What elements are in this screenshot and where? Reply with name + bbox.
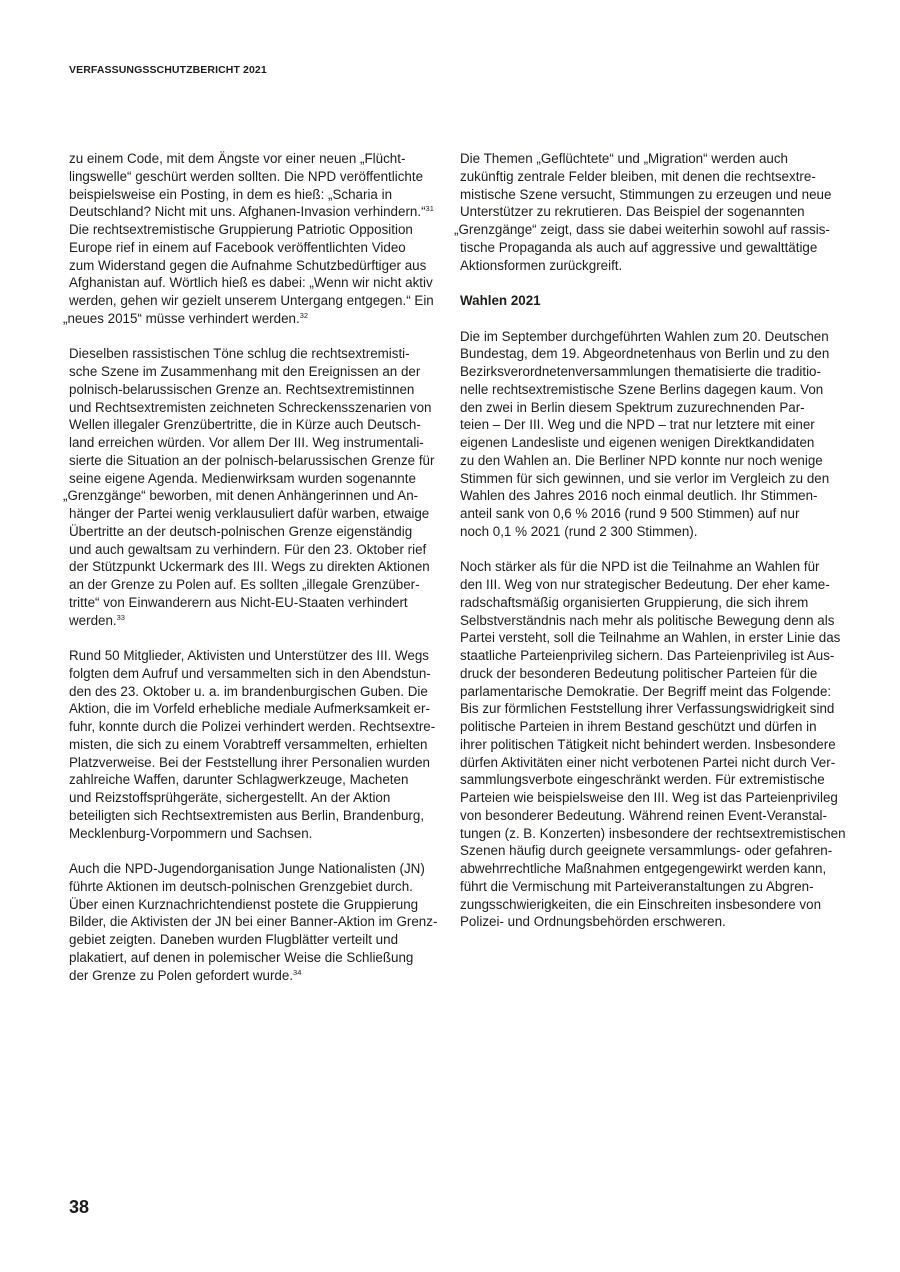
text-line: und auch gewaltsam zu verhindern. Für de… xyxy=(69,541,454,559)
text-line: sche Szene im Zusammenhang mit den Ereig… xyxy=(69,363,454,381)
text-line: zahlreiche Waffen, darunter Schlagwerkze… xyxy=(69,771,454,789)
left-column: zu einem Code, mit dem Ängste vor einer … xyxy=(69,150,454,1002)
text-line: den des 23. Oktober u. a. im brandenburg… xyxy=(69,683,454,701)
paragraph: Dieselben rassistischen Töne schlug die … xyxy=(69,345,454,629)
text-line: führt die Vermischung mit Parteiveransta… xyxy=(460,878,845,896)
paragraph: Rund 50 Mitglieder, Aktivisten und Unter… xyxy=(69,647,454,842)
text-line: Die Themen „Geflüchtete“ und „Migration“… xyxy=(460,150,845,168)
footnote-reference: 33 xyxy=(117,613,125,622)
text-line: Mecklenburg-Vorpommern und Sachsen. xyxy=(69,825,454,843)
text-line: Stimmen für sich gewinnen, und sie verlo… xyxy=(460,470,845,488)
text-line: der Grenze zu Polen gefordert wurde.34 xyxy=(69,967,454,985)
text-line: Bis zur förmlichen Feststellung ihrer Ve… xyxy=(460,700,845,718)
text-line: folgten dem Aufruf und versammelten sich… xyxy=(69,665,454,683)
text-line: tritte“ von Einwanderern aus Nicht-EU-St… xyxy=(69,594,454,612)
text-line: führte Aktionen im deutsch-polnischen Gr… xyxy=(69,878,454,896)
text-line: Wellen illegaler Grenzübertritte, die in… xyxy=(69,416,454,434)
text-line: Partei versteht, soll die Teilnahme an W… xyxy=(460,629,845,647)
paragraph: Die Themen „Geflüchtete“ und „Migration“… xyxy=(460,150,845,274)
text-line: tungen (z. B. Konzerten) insbesondere de… xyxy=(460,825,845,843)
text-line: polnisch-belarussischen Grenze an. Recht… xyxy=(69,381,454,399)
text-line: Dieselben rassistischen Töne schlug die … xyxy=(69,345,454,363)
footnote-reference: 31 xyxy=(426,204,434,213)
text-line: zu den Wahlen an. Die Berliner NPD konnt… xyxy=(460,452,845,470)
text-line: parlamentarische Demokratie. Der Begriff… xyxy=(460,683,845,701)
text-line: Wahlen des Jahres 2016 noch einmal deutl… xyxy=(460,487,845,505)
text-line: Die im September durchgeführten Wahlen z… xyxy=(460,328,845,346)
text-line: zungsschwierigkeiten, die ein Einschreit… xyxy=(460,896,845,914)
text-line: Rund 50 Mitglieder, Aktivisten und Unter… xyxy=(69,647,454,665)
text-line: ihrer politischen Tätigkeit nicht behind… xyxy=(460,736,845,754)
text-line: sammlungsverbote eingeschränkt werden. F… xyxy=(460,771,845,789)
section-heading: Wahlen 2021 xyxy=(460,292,845,310)
text-line: Über einen Kurznachrichtendienst postete… xyxy=(69,896,454,914)
text-line: den III. Weg von nur strategischer Bedeu… xyxy=(460,576,845,594)
text-line: „Grenzgänge“ zeigt, dass sie dabei weite… xyxy=(454,221,845,239)
running-header: VERFASSUNGSSCHUTZBERICHT 2021 xyxy=(69,64,267,76)
text-line: druck der besonderen Bedeutung politisch… xyxy=(460,665,845,683)
text-line: plakatiert, auf denen in polemischer Wei… xyxy=(69,949,454,967)
text-line: land erreichen würden. Vor allem Der III… xyxy=(69,434,454,452)
text-line: werden, gehen wir gezielt unserem Unterg… xyxy=(69,292,454,310)
text-line: eigenen Landesliste und eigenen wenigen … xyxy=(460,434,845,452)
text-line: von besonderer Bedeutung. Während reinen… xyxy=(460,807,845,825)
text-line: gebiet zeigten. Daneben wurden Flugblätt… xyxy=(69,931,454,949)
text-line: misten, die sich zu einem Vorabtreff ver… xyxy=(69,736,454,754)
text-line: politische Parteien in ihrem Bestand ges… xyxy=(460,718,845,736)
page-number: 38 xyxy=(69,1197,89,1218)
text-line: der Stützpunkt Uckermark des III. Wegs z… xyxy=(69,558,454,576)
text-line: Bilder, die Aktivisten der JN bei einer … xyxy=(69,913,454,931)
text-line: Aktionsformen zurückgreift. xyxy=(460,257,845,275)
text-line: Bundestag, dem 19. Abgeordnetenhaus von … xyxy=(460,345,845,363)
text-line: lingswelle“ geschürt werden sollten. Die… xyxy=(69,168,454,186)
text-line: Unterstützer zu rekrutieren. Das Beispie… xyxy=(460,203,845,221)
text-line: an der Grenze zu Polen auf. Es sollten „… xyxy=(69,576,454,594)
text-line: zu einem Code, mit dem Ängste vor einer … xyxy=(69,150,454,168)
text-line: „Grenzgänge“ beworben, mit denen Anhänge… xyxy=(63,487,454,505)
text-line: Polizei- und Ordnungsbehörden erschweren… xyxy=(460,913,845,931)
text-line: anteil sank von 0,6 % 2016 (rund 9 500 S… xyxy=(460,505,845,523)
text-line: Deutschland? Nicht mit uns. Afghanen-Inv… xyxy=(69,203,454,221)
text-line: Aktion, die im Vorfeld erhebliche medial… xyxy=(69,700,454,718)
text-line: Noch stärker als für die NPD ist die Tei… xyxy=(460,558,845,576)
text-line: tische Propaganda als auch auf aggressiv… xyxy=(460,239,845,257)
text-line: Platzverweise. Bei der Feststellung ihre… xyxy=(69,754,454,772)
text-line: und Reizstoffsprühgeräte, sichergestellt… xyxy=(69,789,454,807)
text-line: Übertritte an der deutsch-polnischen Gre… xyxy=(69,523,454,541)
text-line: zukünftig zentrale Felder bleiben, mit d… xyxy=(460,168,845,186)
text-line: noch 0,1 % 2021 (rund 2 300 Stimmen). xyxy=(460,523,845,541)
right-column: Die Themen „Geflüchtete“ und „Migration“… xyxy=(460,150,845,949)
text-line: radschaftsmäßig organisierten Gruppierun… xyxy=(460,594,845,612)
text-line: Parteien wie beispielsweise den III. Weg… xyxy=(460,789,845,807)
text-line: Bezirksverordnetenversammlungen thematis… xyxy=(460,363,845,381)
text-line: sierte die Situation an der polnisch-bel… xyxy=(69,452,454,470)
text-line: Die rechtsextremistische Gruppierung Pat… xyxy=(69,221,454,239)
text-line: seine eigene Agenda. Medienwirksam wurde… xyxy=(69,470,454,488)
footnote-reference: 32 xyxy=(300,311,308,320)
text-line: hänger der Partei wenig verklausuliert d… xyxy=(69,505,454,523)
text-line: „neues 2015“ müsse verhindert werden.32 xyxy=(63,310,454,328)
paragraph: zu einem Code, mit dem Ängste vor einer … xyxy=(69,150,454,328)
text-line: Afghanistan auf. Wörtlich hieß es dabei:… xyxy=(69,274,454,292)
text-line: Auch die NPD-Jugendorganisation Junge Na… xyxy=(69,860,454,878)
text-line: mistische Szene versucht, Stimmungen zu … xyxy=(460,186,845,204)
text-line: Europe rief in einem auf Facebook veröff… xyxy=(69,239,454,257)
text-line: Szenen häufig durch geeignete versammlun… xyxy=(460,842,845,860)
text-line: dürfen Aktivitäten einer nicht verbotene… xyxy=(460,754,845,772)
paragraph: Noch stärker als für die NPD ist die Tei… xyxy=(460,558,845,931)
text-line: beteiligten sich Rechtsextremisten aus B… xyxy=(69,807,454,825)
footnote-reference: 34 xyxy=(293,968,301,977)
paragraph: Die im September durchgeführten Wahlen z… xyxy=(460,328,845,541)
text-line: Selbstverständnis nach mehr als politisc… xyxy=(460,612,845,630)
text-line: nelle rechtsextremistische Szene Berlins… xyxy=(460,381,845,399)
text-line: teien – Der III. Weg und die NPD – trat … xyxy=(460,416,845,434)
text-line: und Rechtsextremisten zeichneten Schreck… xyxy=(69,399,454,417)
text-line: abwehrrechtliche Maßnahmen entgegengewir… xyxy=(460,860,845,878)
text-line: beispielsweise ein Posting, in dem es hi… xyxy=(69,186,454,204)
text-line: zum Widerstand gegen die Aufnahme Schutz… xyxy=(69,257,454,275)
text-line: staatliche Parteienprivileg sichern. Das… xyxy=(460,647,845,665)
text-line: fuhr, konnte durch die Polizei verhinder… xyxy=(69,718,454,736)
text-line: werden.33 xyxy=(69,612,454,630)
text-line: den zwei in Berlin diesem Spektrum zuzur… xyxy=(460,399,845,417)
paragraph: Auch die NPD-Jugendorganisation Junge Na… xyxy=(69,860,454,984)
